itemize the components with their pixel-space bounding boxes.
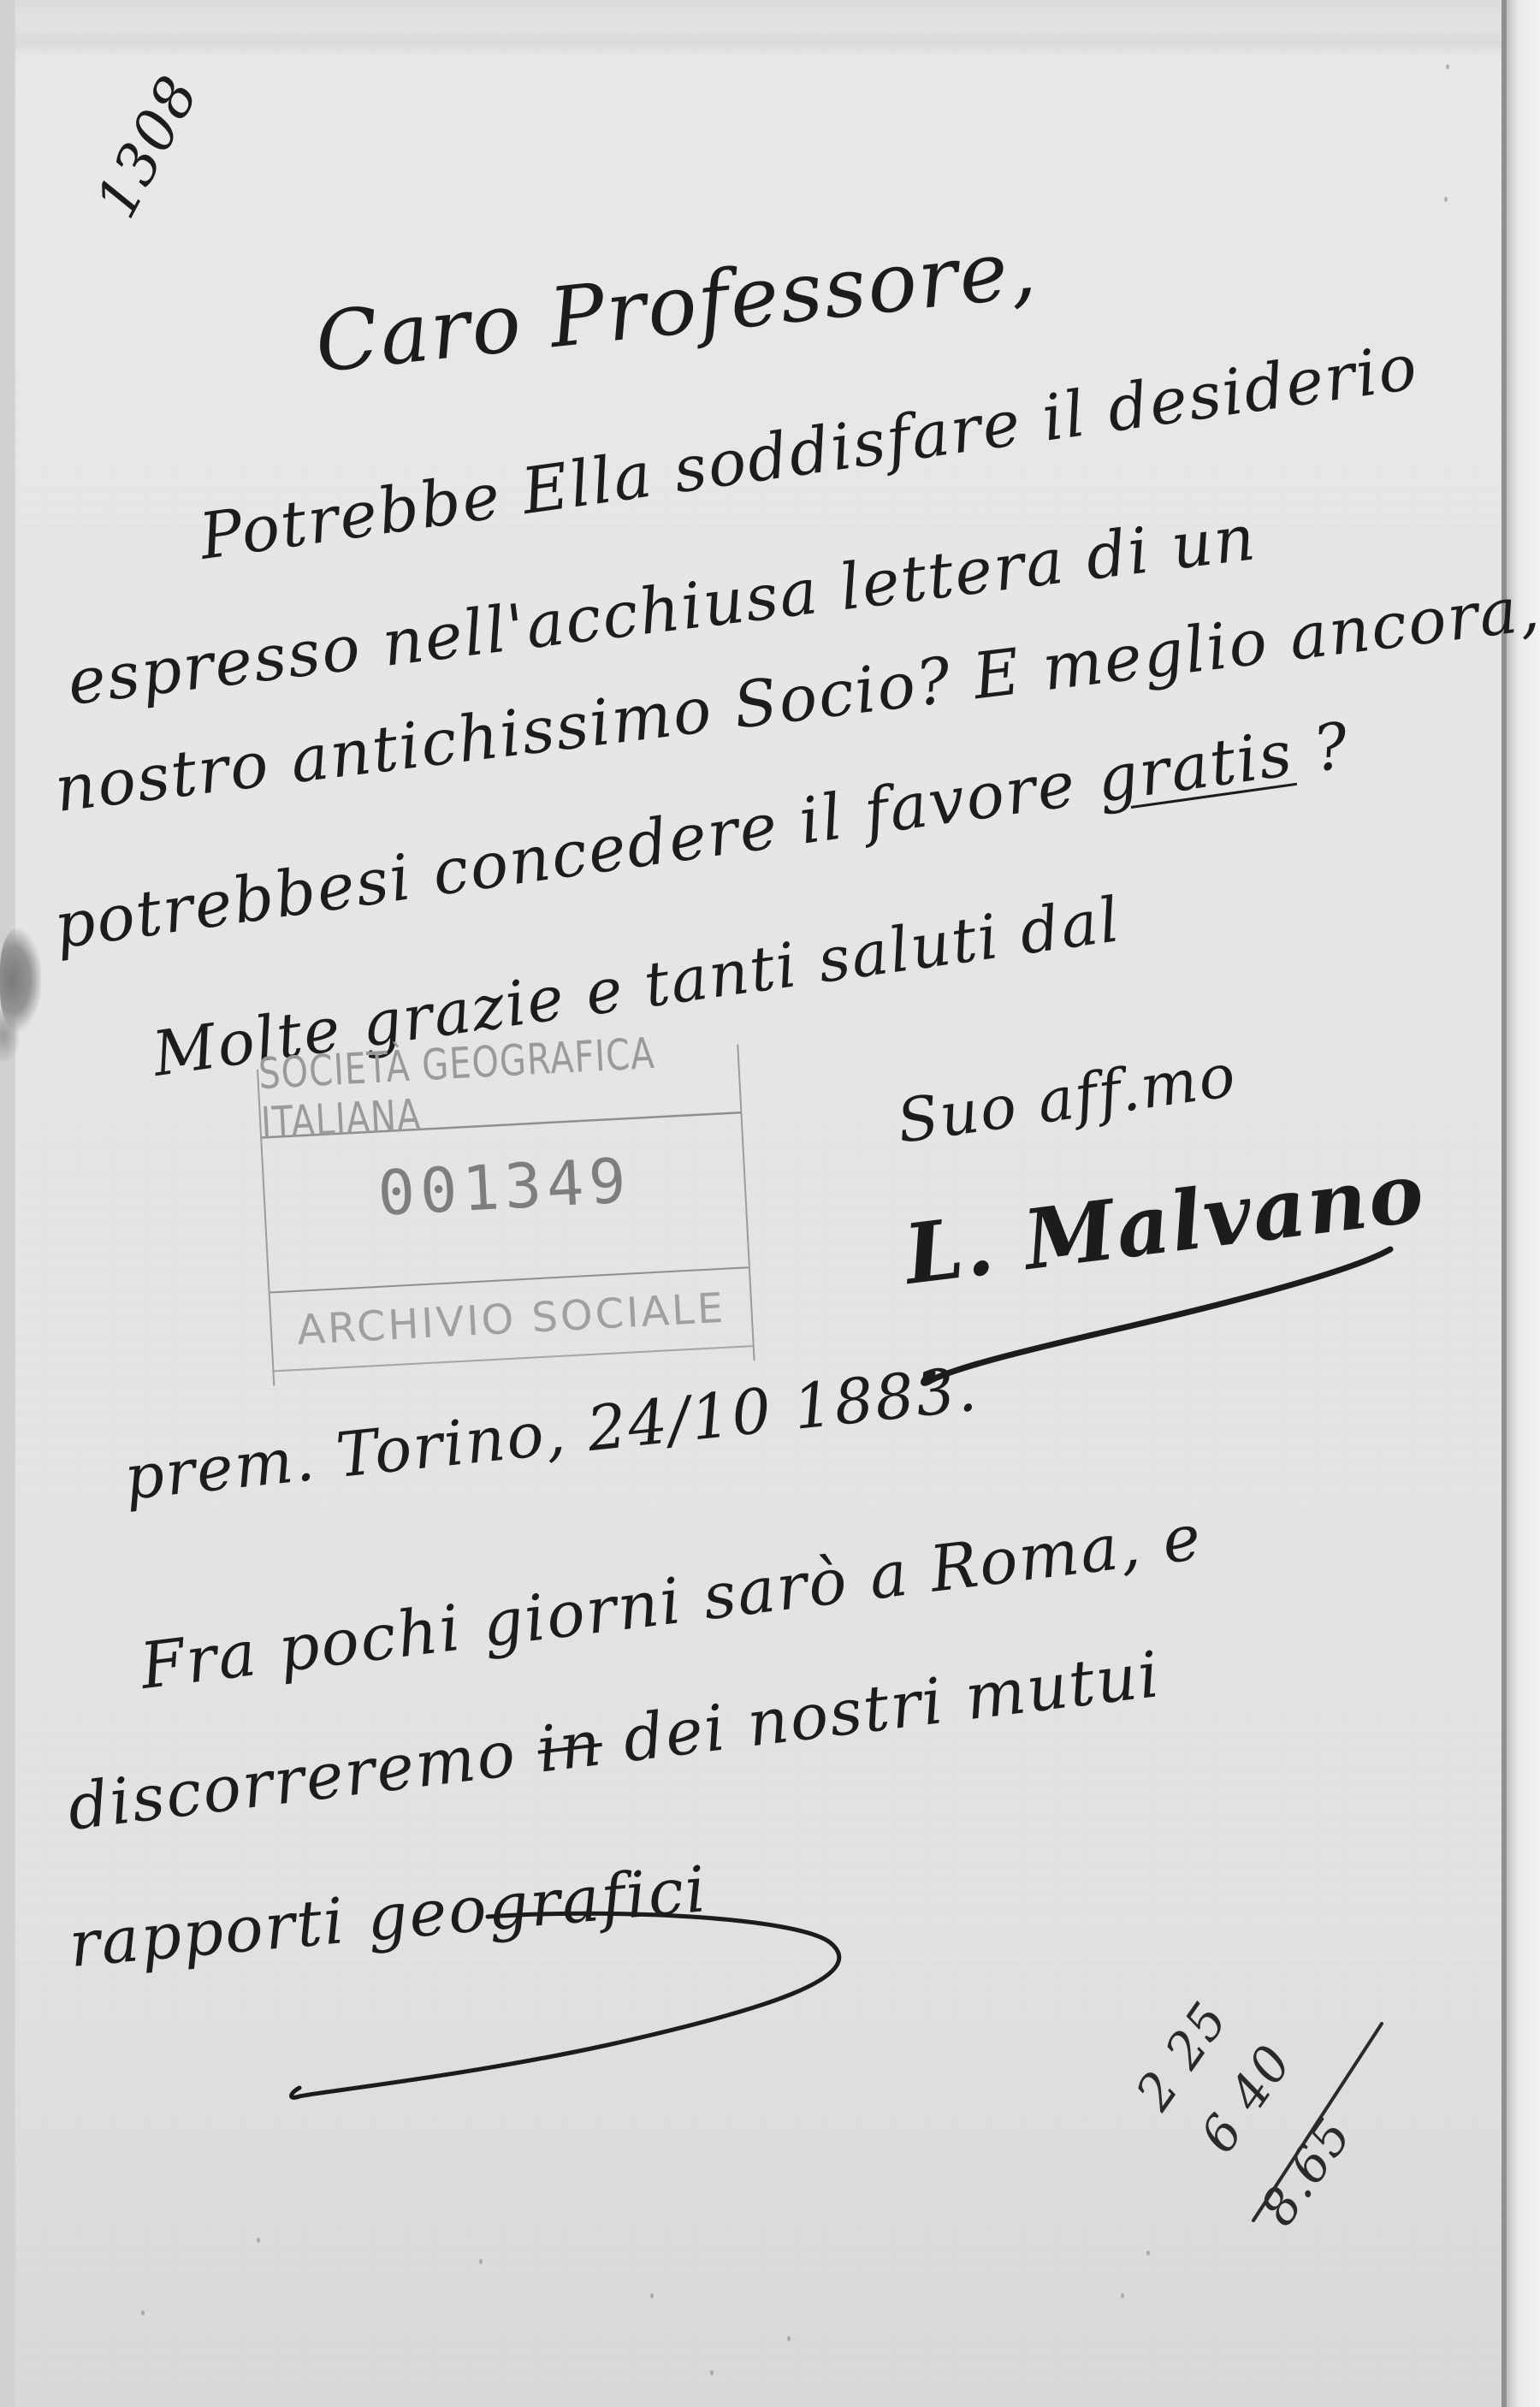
struck-word: in [533,1706,606,1787]
archive-stamp: SOCIETÀ GEOGRAFICA ITALIANA 001349 ARCHI… [257,1044,755,1385]
stamp-number: 001349 [264,1138,746,1235]
pencil-sum-line-icon [1245,2015,1390,2229]
signature-flourish-icon [915,1232,1403,1386]
page-edge [1501,0,1507,2407]
fold-shadow [15,26,1504,60]
stamp-footer: ARCHIVIO SOCIALE [270,1266,753,1372]
ink-stain-small [0,1010,19,1061]
stamp-header: SOCIETÀ GEOGRAFICA ITALIANA [258,1037,741,1139]
postscript-flourish-icon [282,1882,864,2105]
